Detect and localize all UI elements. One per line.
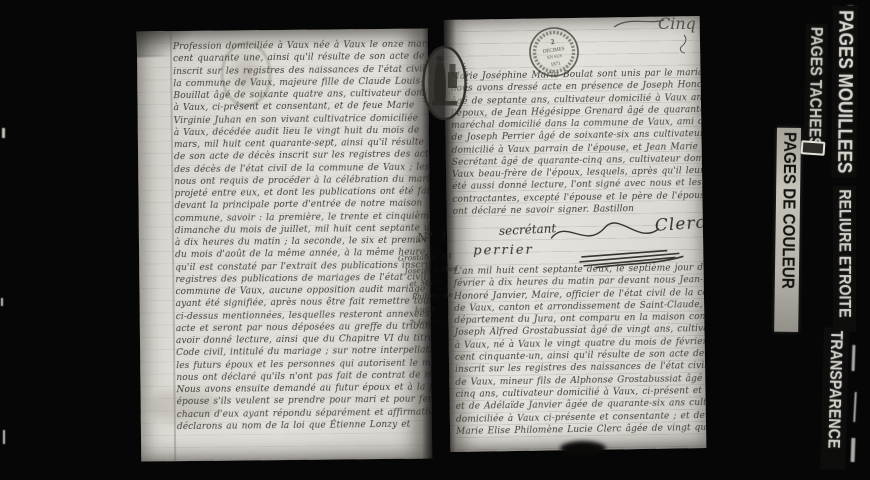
ink-smudge	[560, 441, 606, 456]
indicator-reliure-etroite: RELIURE ETROITE	[833, 186, 856, 332]
strip-glint	[852, 345, 856, 371]
svg-text:Cinq: Cinq	[658, 14, 696, 33]
indicator-pages-de-couleur: PAGES DE COULEUR	[774, 128, 801, 332]
signature-perrier: perrier	[473, 243, 534, 259]
strip-glint	[853, 392, 857, 422]
right-page-act1-text: Marie Joséphine Marie Boulat sont unis p…	[450, 67, 700, 218]
film-speck	[2, 128, 5, 138]
right-page-act2-text: L'an mil huit cent septante deux, le sep…	[453, 262, 704, 438]
right-page: Marie Joséphine Marie Boulat sont unis p…	[444, 16, 707, 452]
signature-clerc: Clerc	[654, 213, 706, 236]
left-page: Profession domiciliée à Vaux née à Vaux …	[137, 28, 432, 461]
indicator-transparence: TRANSPARENCE	[820, 327, 849, 470]
strip-glint	[851, 438, 856, 462]
folio-annotation: Cinq	[612, 8, 712, 54]
decimes-stamp: 2 DÉCIMES EN SUS 1871	[525, 23, 584, 82]
indicator-pages-mouillees: PAGES MOUILLEES	[832, 6, 859, 178]
film-speck	[1, 298, 3, 306]
strip-end-cap	[801, 140, 826, 156]
signature-flourish	[547, 215, 665, 249]
film-speck	[3, 430, 5, 444]
left-page-manuscript-text: Profession domiciliée à Vaux née à Vaux …	[173, 39, 429, 434]
archival-scan-viewport: Profession domiciliée à Vaux née à Vaux …	[0, 0, 870, 480]
indicator-pages-tachees: PAGES TACHEES	[804, 24, 828, 156]
timbre-imperial-stamp: TIMBRE IMPERIAL	[421, 44, 468, 123]
manuscript-line: Marie Elise Philomène Lucie Clerc âgée d…	[456, 422, 704, 438]
manuscript-line: déclarons au nom de la loi que Étienne L…	[177, 418, 429, 433]
